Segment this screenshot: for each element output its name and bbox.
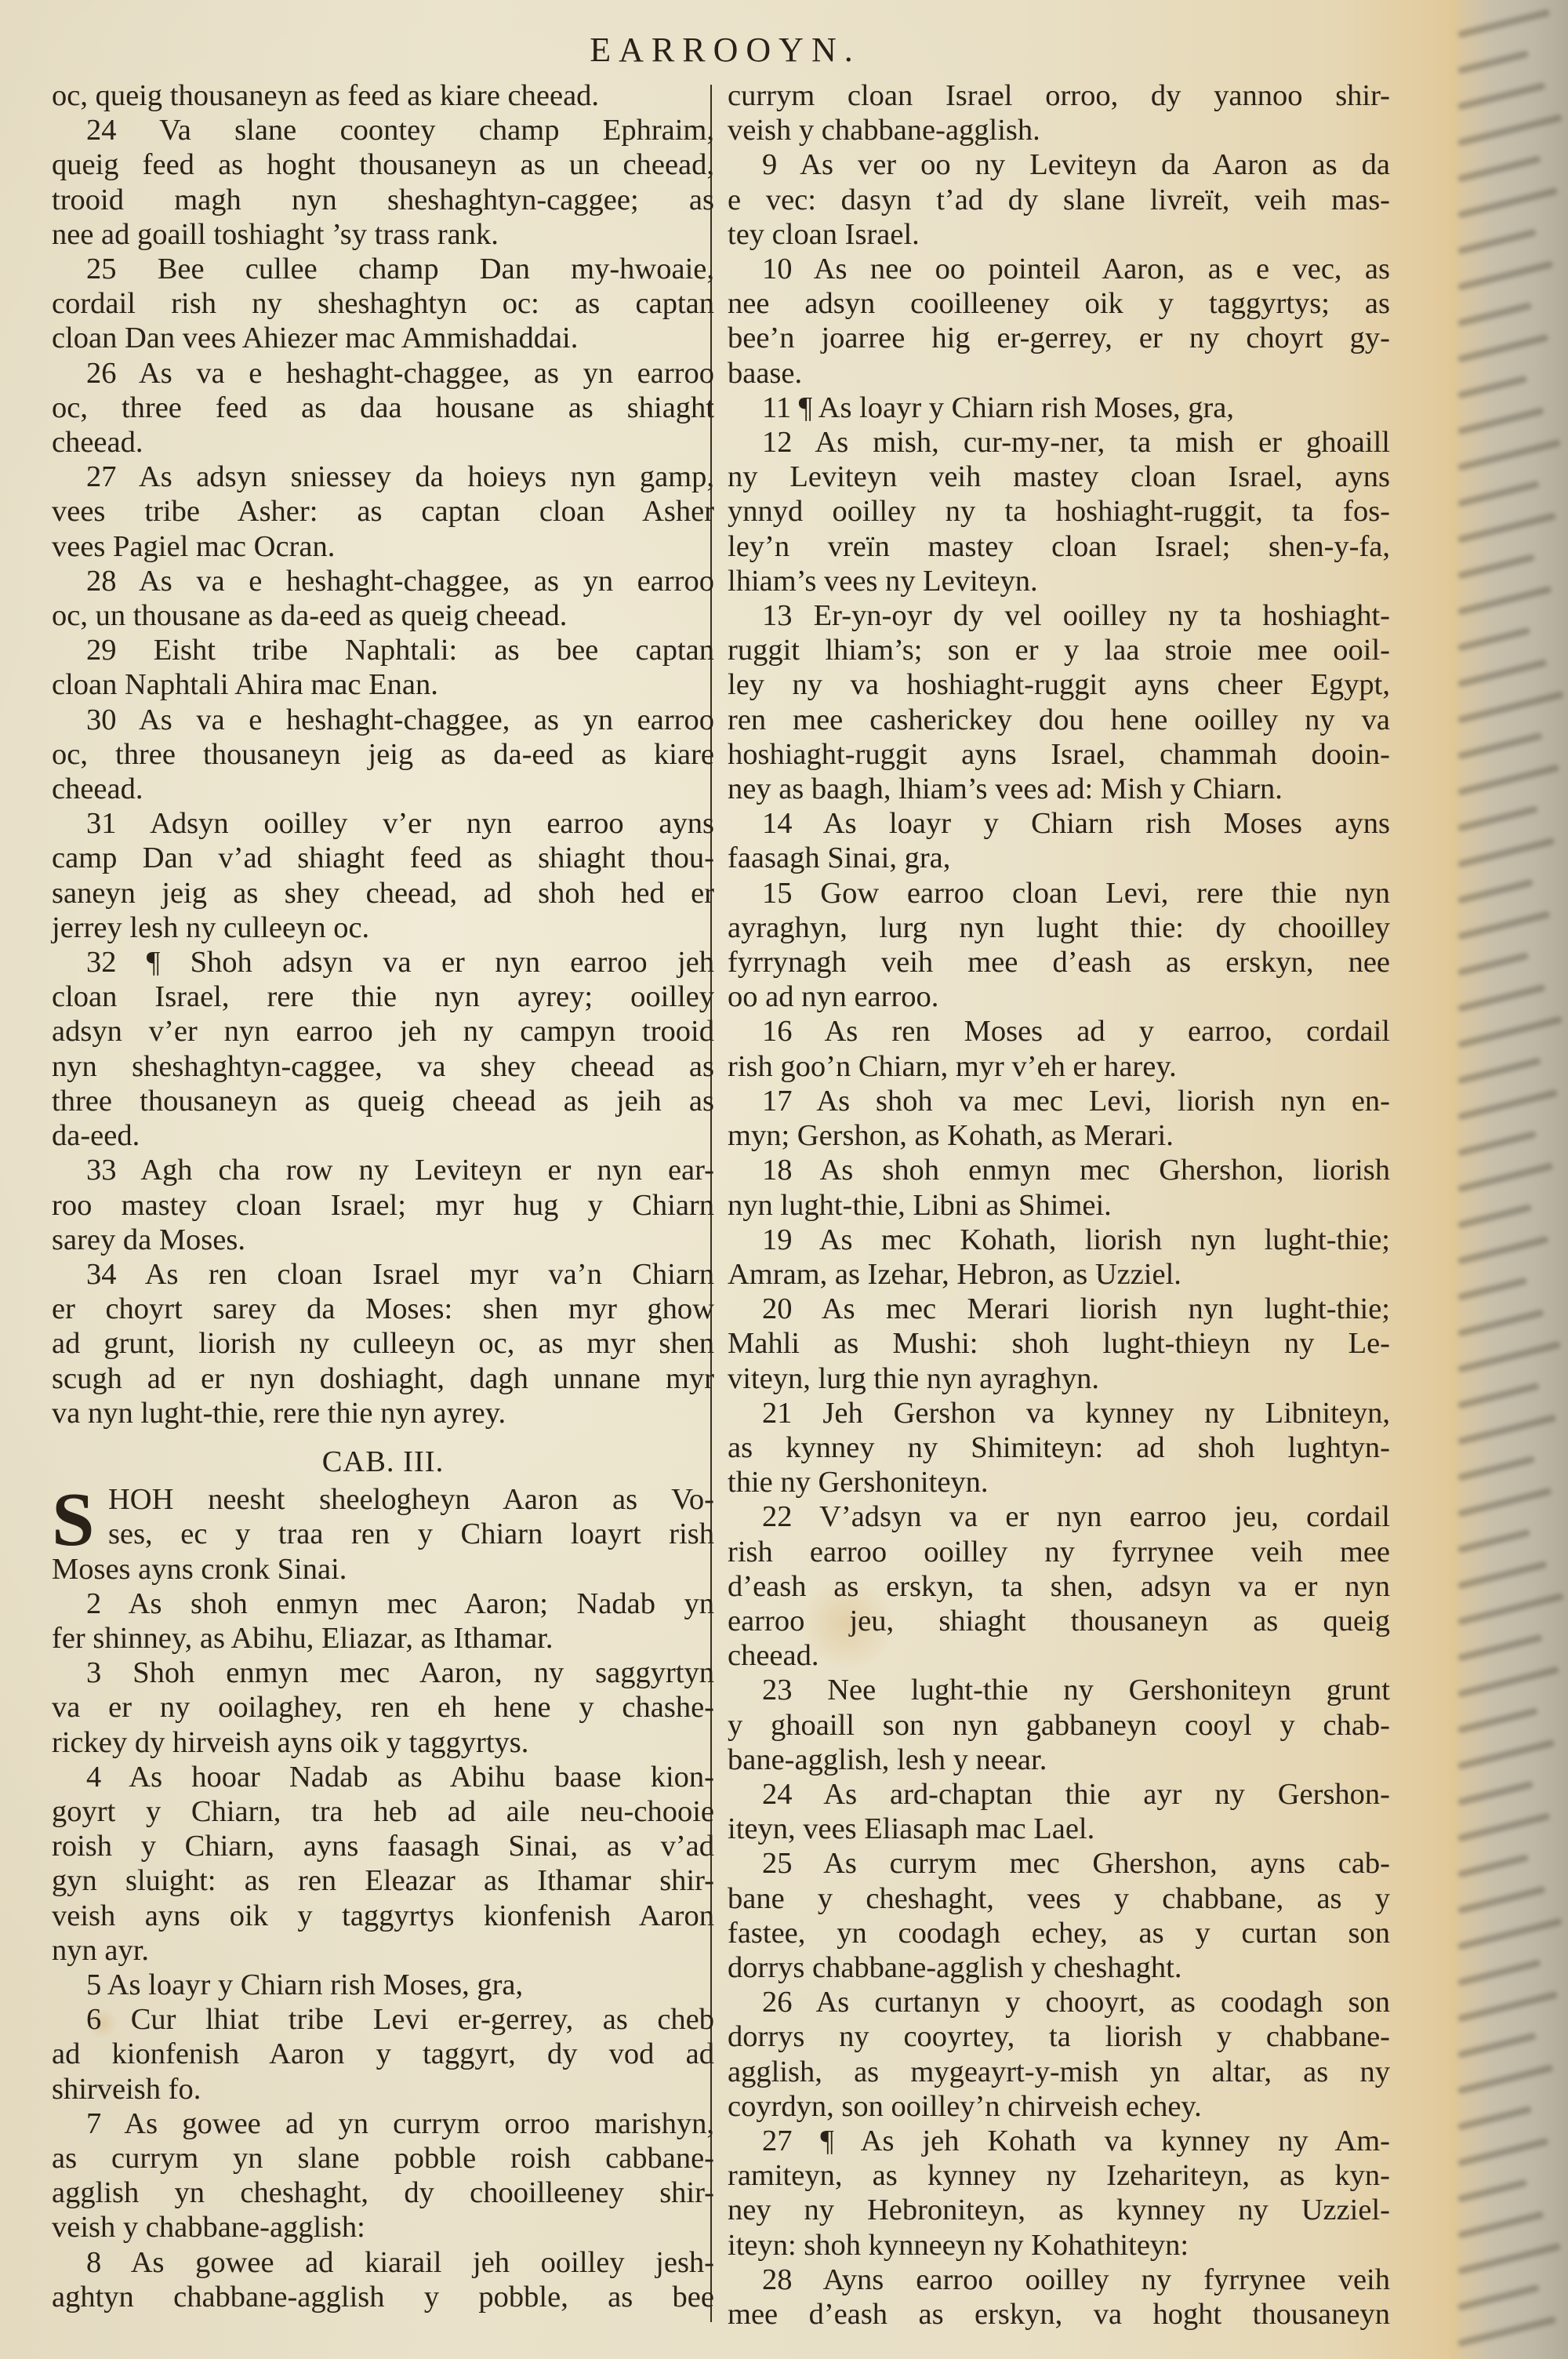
blurred-text-line — [1457, 1057, 1541, 1085]
chapter-verses: HOH neesht sheelogheyn Aaron as Vo-ses, … — [52, 1482, 714, 2314]
verse-line: scugh ad er nyn doshiaght, dagh unnane m… — [52, 1361, 714, 1396]
blurred-text-line — [1457, 2032, 1537, 2058]
verse-line: nyn lught-thie, Libni as Shimei. — [728, 1188, 1390, 1223]
verse-line: faasagh Sinai, gra, — [728, 841, 1390, 875]
blurred-text-line — [1457, 375, 1528, 399]
verse-line-start: 22 V’adsyn va er nyn earroo jeu, cordail — [728, 1499, 1390, 1534]
verse-line: ad grunt, liorish ny culleeyn oc, as myr… — [52, 1326, 714, 1361]
blurred-text-line — [1457, 302, 1532, 327]
verse-line: ad kionfenish Aaron y taggyrt, dy vod ad — [52, 2037, 714, 2071]
verse-line: cloan Dan vees Ahiezer mac Ammishaddai. — [52, 321, 714, 355]
verse-line: oc, three feed as daa housane as shiaght — [52, 391, 714, 425]
blurred-text-line — [1457, 1414, 1556, 1445]
verse-line: as currym yn slane pobble roish cabbane- — [52, 2141, 714, 2175]
verse-line-start: 26 As curtanyn y chooyrt, as coodagh son — [728, 1985, 1390, 2019]
blurred-text-line — [1457, 1528, 1530, 1553]
verse-line: nee ad goaill toshiaght ’sy trass rank. — [52, 217, 714, 252]
verse-line: fer shinney, as Abihu, Eliazar, as Itham… — [52, 1621, 714, 1656]
verse-line-start: 10 As nee oo pointeil Aaron, as e vec, a… — [728, 252, 1390, 286]
verse-line: fyrrynagh veih mee d’eash as erskyn, nee — [728, 945, 1390, 980]
verse-line: ley ny va hoshiaght-ruggit ayns cheer Eg… — [728, 667, 1390, 702]
blurred-text-line — [1457, 1991, 1558, 2023]
verse-line: da-eed. — [52, 1118, 714, 1153]
blurred-text-line — [1457, 1162, 1553, 1193]
blurred-text-line — [1457, 1917, 1563, 1950]
verse-line: oo ad nyn earroo. — [728, 980, 1390, 1014]
verse-line: er choyrt sarey da Moses: shen myr ghow — [52, 1292, 714, 1326]
blurred-text-line — [1457, 1341, 1561, 1373]
verse-line: dorrys chabbane-agglish y cheshaght. — [728, 1950, 1390, 1985]
chapter-opening: S HOH neesht sheelogheyn Aaron as Vo-ses… — [52, 1482, 714, 2314]
blurred-text-line — [1457, 2138, 1549, 2167]
verse-line: ayraghyn, lurg nyn lught thie: dy chooil… — [728, 911, 1390, 945]
verse-line: jerrey lesh ny culleeyn oc. — [52, 911, 714, 945]
verse-line: vees tribe Asher: as captan cloan Asher — [52, 494, 714, 529]
blurred-text-line — [1457, 1634, 1543, 1662]
blurred-text-line — [1457, 952, 1529, 976]
verse-line: hoshiaght-ruggit ayns Israel, chammah do… — [728, 737, 1390, 772]
verse-line: agglish yn cheshaght, dy chooilleeney sh… — [52, 2175, 714, 2210]
blurred-text-line — [1457, 9, 1551, 38]
blurred-text-line — [1457, 984, 1546, 1012]
chapter-heading: CAB. III. — [52, 1445, 714, 1479]
blurred-text-line — [1457, 260, 1553, 291]
verse-line: trooid magh nyn sheshaghtyn-caggee; as — [52, 183, 714, 217]
verse-line-start: 19 As mec Kohath, liorish nyn lught-thie… — [728, 1223, 1390, 1257]
right-column-verses: currym cloan Israel orroo, dy yannoo shi… — [728, 78, 1390, 2332]
blurred-text-line — [1457, 114, 1563, 147]
blurred-text-line — [1457, 838, 1555, 868]
blurred-text-line — [1457, 82, 1546, 111]
running-head: EARROOYN. — [0, 30, 1450, 70]
blurred-text-line — [1457, 911, 1551, 940]
verse-line: as kynney ny Shimiteyn: ad shoh lughtyn- — [728, 1430, 1390, 1465]
verse-line-start: 8 As gowee ad kiarail jeh ooilley jesh- — [52, 2245, 714, 2280]
verse-line-start: 33 Agh cha row ny Leviteyn er nyn ear- — [52, 1153, 714, 1187]
verse-line: coyrdyn, son ooilley’n chirveish echey. — [728, 2089, 1390, 2124]
verse-line: veish y chabbane-agglish: — [52, 2210, 714, 2245]
verse-line: e vec: dasyn t’ad dy slane livreït, veih… — [728, 183, 1390, 217]
verse-line: iteyn, vees Eliasaph mac Lael. — [728, 1812, 1390, 1846]
verse-line-start: 30 As va e heshaght-chaggee, as yn earro… — [52, 703, 714, 737]
blurred-text-line — [1457, 1812, 1551, 1842]
verse-line: rickey dy hirveish ayns oik y taggyrtys. — [52, 1725, 714, 1760]
blurred-text-line — [1457, 1456, 1535, 1481]
blurred-text-line — [1457, 228, 1537, 254]
verse-line: cheead. — [728, 1638, 1390, 1673]
verse-line: cheead. — [52, 425, 714, 460]
verse-line: gyn sluight: as ren Eleazar as Ithamar s… — [52, 1863, 714, 1898]
verse-line: roish y Chiarn, ayns faasagh Sinai, as v… — [52, 1829, 714, 1863]
blurred-text-line — [1457, 1236, 1549, 1265]
blurred-text-line — [1457, 1309, 1544, 1337]
verse-line: bee’n joarree hig er-gerrey, er ny choyr… — [728, 321, 1390, 355]
verse-line: oc, three thousaneyn jeig as da-eed as k… — [52, 737, 714, 772]
verse-line-start: 7 As gowee ad yn currym orroo marishyn, — [52, 2106, 714, 2141]
verse-line: HOH neesht sheelogheyn Aaron as Vo- — [52, 1482, 714, 1517]
blurred-text-line — [1457, 1561, 1548, 1590]
right-column: currym cloan Israel orroo, dy yannoo shi… — [728, 78, 1390, 2332]
blurred-text-line — [1457, 764, 1559, 796]
verse-line: lhiam’s vees ny Leviteyn. — [728, 564, 1390, 598]
verse-line: ney ny Hebroniteyn, as kynney ny Uzziel- — [728, 2193, 1390, 2227]
verse-line-start: 12 As mish, cur-my-ner, ta mish er ghoai… — [728, 425, 1390, 460]
verse-line-start: 25 Bee cullee champ Dan my-hwoaie, — [52, 252, 714, 286]
verse-line: y ghoaill son nyn gabbaneyn cooyl y chab… — [728, 1708, 1390, 1743]
verse-line-start: 27 ¶ As jeh Kohath va kynney ny Am- — [728, 2124, 1390, 2158]
verse-line: rish earroo ooilley ny fyrrynee veih mee — [728, 1535, 1390, 1569]
verse-line: three thousaneyn as queig cheead as jeih… — [52, 1084, 714, 1118]
verse-line: nyn ayr. — [52, 1933, 714, 1968]
blurred-text-line — [1457, 1593, 1564, 1626]
verse-line: saneyn jeig as shey cheead, ad shoh hed … — [52, 876, 714, 911]
facing-page-edge — [1450, 0, 1568, 2359]
verse-line-start: 24 Va slane coontey champ Ephraim, — [52, 113, 714, 147]
verse-line: goyrt y Chiarn, tra heb ad aile neu-choo… — [52, 1794, 714, 1829]
verse-line: oc, un thousane as da-eed as queig cheea… — [52, 598, 714, 633]
verse-line: ren mee casherickey dou hene ooilley ny … — [728, 703, 1390, 737]
verse-line: thie ny Gershoniteyn. — [728, 1465, 1390, 1499]
blurred-text-line — [1457, 1130, 1537, 1156]
verse-line-start: 3 Shoh enmyn mec Aaron, ny saggyrtyn — [52, 1656, 714, 1690]
verse-line: shirveish fo. — [52, 2072, 714, 2106]
blurred-text-line — [1457, 1488, 1552, 1518]
verse-line: baase. — [728, 356, 1390, 391]
verse-line-start: 14 As loayr y Chiarn rish Moses ayns — [728, 806, 1390, 841]
blurred-text-line — [1457, 586, 1552, 616]
verse-line: nee adsyn cooilleeney oik y taggyrtys; a… — [728, 286, 1390, 321]
verse-line: vees Pagiel mac Ocran. — [52, 529, 714, 564]
verse-line-start: 34 As ren cloan Israel myr va’n Chiarn — [52, 1257, 714, 1292]
blurred-text-line — [1457, 50, 1529, 75]
blurred-text-line — [1457, 1089, 1558, 1121]
blurred-text-line — [1457, 659, 1548, 688]
verse-line: adsyn v’er nyn earroo jeh ny campyn troo… — [52, 1014, 714, 1049]
verse-line-start: 24 As ard-chaptan thie ayr ny Gershon- — [728, 1777, 1390, 1812]
verse-line: cheead. — [52, 772, 714, 806]
verse-line-start: 28 Ayns earroo ooilley ny fyrrynee veih — [728, 2263, 1390, 2297]
verse-line: fastee, yn coodagh echey, as y curtan so… — [728, 1916, 1390, 1950]
verse-line: roo mastey cloan Israel; myr hug y Chiar… — [52, 1188, 714, 1223]
blurred-text-line — [1457, 554, 1535, 580]
verse-line-start: 13 Er-yn-oyr dy vel ooilley ny ta hoshia… — [728, 598, 1390, 633]
verse-line: d’eash as erskyn, ta shen, adsyn va er n… — [728, 1569, 1390, 1604]
blurred-text-line — [1457, 2243, 1561, 2275]
blurred-text-line — [1457, 1739, 1555, 1770]
verse-line-start: 6 Cur lhiat tribe Levi er-gerrey, as che… — [52, 2002, 714, 2037]
verse-line: veish ayns oik y taggyrtys kionfenish Aa… — [52, 1899, 714, 1933]
verse-line: currym cloan Israel orroo, dy yannoo shi… — [728, 78, 1390, 113]
verse-line: viteyn, lurg thie nyn ayraghyn. — [728, 1361, 1390, 1396]
verse-line: Mahli as Mushi: shoh lught-thieyn ny Le- — [728, 1326, 1390, 1361]
verse-line: sarey da Moses. — [52, 1223, 714, 1257]
blurred-text-line — [1457, 1277, 1528, 1301]
verse-line-start: 32 ¶ Shoh adsyn va er nyn earroo jeh — [52, 945, 714, 980]
verse-line: bane-agglish, lesh y neear. — [728, 1743, 1390, 1777]
verse-line: ruggit lhiam’s; son er y laa stroie mee … — [728, 633, 1390, 667]
blurred-text-line — [1457, 2106, 1532, 2131]
blurred-text-line — [1457, 2316, 1556, 2347]
verse-line: ny Leviteyn veih mastey cloan Israel, ay… — [728, 460, 1390, 494]
verse-line: earroo jeu, shiaght thousaneyn as queig — [728, 1604, 1390, 1638]
verse-line-start: 18 As shoh enmyn mec Ghershon, liorish — [728, 1153, 1390, 1187]
verse-line: ramiteyn, as kynney ny Izehariteyn, as k… — [728, 2158, 1390, 2193]
verse-line: queig feed as hoght thousaneyn as un che… — [52, 147, 714, 182]
blurred-text-line — [1457, 691, 1564, 724]
verse-line: cloan Naphtali Ahira mac Enan. — [52, 667, 714, 702]
verse-line-start: 25 As currym mec Ghershon, ayns cab- — [728, 1846, 1390, 1881]
verse-line: rish goo’n Chiarn, myr v’eh er harey. — [728, 1049, 1390, 1084]
verse-line: tey cloan Israel. — [728, 217, 1390, 252]
blurred-text-line — [1457, 732, 1543, 760]
verse-line-start: 20 As mec Merari liorish nyn lught-thie; — [728, 1292, 1390, 1326]
verse-line-start: 9 As ver oo ny Leviteyn da Aaron as da — [728, 147, 1390, 182]
verse-line-start: 28 As va e heshaght-chaggee, as yn earro… — [52, 564, 714, 598]
verse-line: ynnyd ooilley ny ta hoshiaght-ruggit, ta… — [728, 494, 1390, 529]
verse-line-start: 17 As shoh va mec Levi, liorish nyn en- — [728, 1084, 1390, 1118]
verse-line: ses, ec y traa ren y Chiarn loayrt rish — [52, 1517, 714, 1551]
verse-line-start: 29 Eisht tribe Naphtali: as bee captan — [52, 633, 714, 667]
verse-line: va nyn lught-thie, rere thie nyn ayrey. — [52, 1396, 714, 1430]
blurred-text-line — [1457, 1886, 1546, 1914]
verse-line-start: 4 As hooar Nadab as Abihu baase kion- — [52, 1760, 714, 1794]
verse-line: mee d’eash as erskyn, va hoght thousaney… — [728, 2297, 1390, 2332]
blurred-text-line — [1457, 155, 1541, 183]
verse-line: bane y cheshaght, vees y chabbane, as y — [728, 1881, 1390, 1916]
left-column: oc, queig thousaneyn as feed as kiare ch… — [52, 78, 714, 2314]
blurred-text-line — [1457, 1666, 1559, 1698]
blurred-text-line — [1457, 1382, 1540, 1408]
verse-line: iteyn: shoh kynneeyn ny Kohathiteyn: — [728, 2228, 1390, 2263]
blurred-text-line — [1457, 1707, 1538, 1734]
blurred-text-line — [1457, 407, 1544, 435]
verse-line: cloan Israel, rere thie nyn ayrey; ooill… — [52, 980, 714, 1014]
verse-line: camp Dan v’ad shiaght feed as shiaght th… — [52, 841, 714, 875]
blurred-text-line — [1457, 2179, 1528, 2203]
verse-line: myn; Gershon, as Kohath, as Merari. — [728, 1118, 1390, 1153]
blurred-text-line — [1457, 187, 1558, 219]
blurred-text-line — [1457, 480, 1540, 507]
verse-line-start: 5 As loayr y Chiarn rish Moses, gra, — [52, 1968, 714, 2002]
blurred-text-line — [1457, 1016, 1563, 1049]
blurred-text-line — [1457, 805, 1538, 832]
blurred-text-line — [1457, 439, 1561, 471]
blurred-text-line — [1457, 334, 1549, 363]
blurred-text-line — [1457, 2284, 1540, 2310]
verse-line: nyn sheshaghtyn-caggee, va shey cheead a… — [52, 1049, 714, 1084]
verse-line: Moses ayns cronk Sinai. — [52, 1552, 714, 1587]
verse-line-start: 31 Adsyn ooilley v’er nyn earroo ayns — [52, 806, 714, 841]
blurred-text-line — [1457, 512, 1556, 543]
verse-line: dorrys ny cooyrtey, ta liorish y chabban… — [728, 2019, 1390, 2054]
verse-line: va er ny ooilaghey, ren eh hene y chashe… — [52, 1690, 714, 1725]
verse-line-start: 27 As adsyn sniessey da hoieys nyn gamp, — [52, 460, 714, 494]
blurred-text-line — [1457, 2064, 1553, 2095]
blurred-text-line — [1457, 627, 1530, 651]
verse-line-start: 2 As shoh enmyn mec Aaron; Nadab yn — [52, 1587, 714, 1621]
verse-line: veish y chabbane-agglish. — [728, 113, 1390, 147]
verse-line-start: 26 As va e heshaght-chaggee, as yn earro… — [52, 356, 714, 391]
blurred-text-line — [1457, 878, 1534, 903]
verse-line: Amram, as Izehar, Hebron, as Uzziel. — [728, 1257, 1390, 1292]
book-page: EARROOYN. oc, queig thousaneyn as feed a… — [0, 0, 1450, 2359]
verse-line: aghtyn chabbane-agglish y pobble, as bee — [52, 2280, 714, 2314]
blurred-text-line — [1457, 1780, 1534, 1805]
left-column-verses: oc, queig thousaneyn as feed as kiare ch… — [52, 78, 714, 1430]
verse-line-start: 15 Gow earroo cloan Levi, rere thie nyn — [728, 876, 1390, 911]
blurred-text-line — [1457, 1854, 1529, 1878]
verse-line: agglish, as mygeayrt-y-mish yn altar, as… — [728, 2055, 1390, 2089]
blurred-text-line — [1457, 1204, 1532, 1229]
verse-line: ney as baagh, lhiam’s vees ad: Mish y Ch… — [728, 772, 1390, 806]
verse-line-start: 21 Jeh Gershon va kynney ny Libniteyn, — [728, 1396, 1390, 1430]
drop-cap: S — [52, 1485, 95, 1554]
verse-line: ley’n vreïn mastey cloan Israel; shen-y-… — [728, 529, 1390, 564]
verse-line: cordail rish ny sheshaghtyn oc: as capta… — [52, 286, 714, 321]
blurred-text-line — [1457, 1959, 1541, 1986]
verse-line-start: 11 ¶ As loayr y Chiarn rish Moses, gra, — [728, 391, 1390, 425]
verse-line: oc, queig thousaneyn as feed as kiare ch… — [52, 78, 714, 113]
verse-line-start: 23 Nee lught-thie ny Gershoniteyn grunt — [728, 1673, 1390, 1707]
blurred-text-line — [1457, 2211, 1544, 2239]
verse-line-start: 16 As ren Moses ad y earroo, cordail — [728, 1014, 1390, 1049]
